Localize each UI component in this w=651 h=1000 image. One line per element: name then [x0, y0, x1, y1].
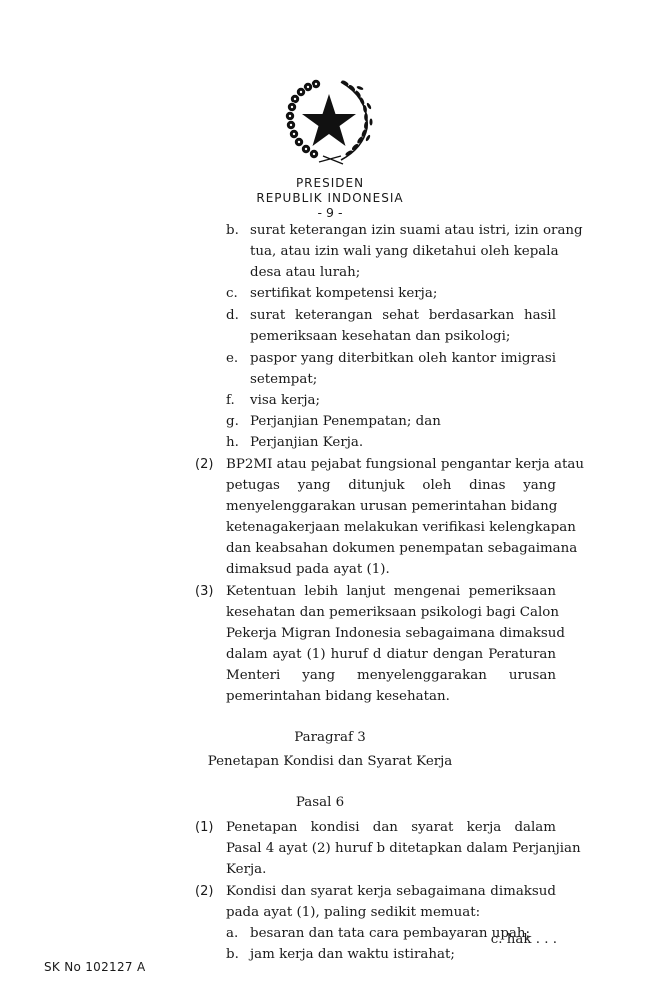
ayat-line: Kondisi dan syarat kerja sebagaimana dim…: [226, 884, 556, 900]
list-item-line: jam kerja dan waktu istirahat;: [250, 947, 455, 963]
list-item-line: pemeriksaan kesehatan dan psikologi;: [250, 329, 510, 345]
list-item-line: besaran dan tata cara pembayaran upah;: [250, 926, 530, 942]
ayat-number: (2): [195, 884, 213, 899]
ayat-line: petugas yang ditunjuk oleh dinas yang: [226, 478, 556, 494]
list-item-letter: e.: [226, 351, 238, 366]
list-item-line: Perjanjian Kerja.: [250, 435, 363, 451]
ayat-line: dan keabsahan dokumen penempatan sebagai…: [226, 541, 556, 557]
list-item-letter: a.: [226, 926, 238, 941]
header-title-presiden: PRESIDEN: [200, 176, 460, 190]
list-item-letter: h.: [226, 435, 239, 450]
list-item-letter: b.: [226, 947, 239, 962]
list-item-letter: d.: [226, 308, 239, 323]
list-item-line: setempat;: [250, 372, 317, 388]
ayat-line: Pekerja Migran Indonesia sebagaimana dim…: [226, 626, 556, 642]
ayat-line: Pasal 4 ayat (2) huruf b ditetapkan dala…: [226, 841, 556, 857]
ayat-line: BP2MI atau pejabat fungsional pengantar …: [226, 457, 556, 473]
ayat-number: (2): [195, 457, 213, 472]
ayat-line: pada ayat (1), paling sedikit memuat:: [226, 905, 480, 921]
list-item-line: sertifikat kompetensi kerja;: [250, 286, 437, 302]
ayat-line: pemerintahan bidang kesehatan.: [226, 689, 450, 705]
list-item-line: paspor yang diterbitkan oleh kantor imig…: [250, 351, 556, 367]
list-item-line: visa kerja;: [250, 393, 320, 409]
ayat-line: menyelenggarakan urusan pemerintahan bid…: [226, 499, 556, 515]
continuation-marker: c. hak . . .: [491, 932, 557, 947]
ayat-line: dalam ayat (1) huruf d diatur dengan Per…: [226, 647, 556, 663]
ayat-line: dimaksud pada ayat (1).: [226, 562, 390, 578]
ayat-line: Menteri yang menyelenggarakan urusan: [226, 668, 556, 684]
list-item-line: desa atau lurah;: [250, 265, 360, 281]
ayat-number: (1): [195, 820, 213, 835]
document-code: SK No 102127 A: [44, 960, 145, 974]
list-item-line: surat keterangan sehat berdasarkan hasil: [250, 308, 556, 324]
list-item-line: surat keterangan izin suami atau istri, …: [250, 223, 556, 239]
ayat-line: ketenagakerjaan melakukan verifikasi kel…: [226, 520, 556, 536]
ayat-line: kesehatan dan pemeriksaan psikologi bagi…: [226, 605, 556, 621]
list-item-letter: g.: [226, 414, 239, 429]
page-number: - 9 -: [200, 205, 460, 220]
list-item-line: Perjanjian Penempatan; dan: [250, 414, 441, 430]
list-item-letter: b.: [226, 223, 239, 238]
pasal-title: Pasal 6: [200, 795, 440, 810]
ayat-number: (3): [195, 584, 213, 599]
list-item-letter: c.: [226, 286, 238, 301]
paragraf-subtitle: Penetapan Kondisi dan Syarat Kerja: [150, 754, 510, 769]
ayat-line: Ketentuan lebih lanjut mengenai pemeriks…: [226, 584, 556, 600]
header-title-republik: REPUBLIK INDONESIA: [200, 191, 460, 205]
list-item-line: tua, atau izin wali yang diketahui oleh …: [250, 244, 556, 260]
paragraf-title: Paragraf 3: [150, 730, 510, 745]
presidential-emblem-icon: [283, 76, 375, 168]
ayat-line: Penetapan kondisi dan syarat kerja dalam: [226, 820, 556, 836]
list-item-letter: f.: [226, 393, 235, 408]
ayat-line: Kerja.: [226, 862, 266, 878]
